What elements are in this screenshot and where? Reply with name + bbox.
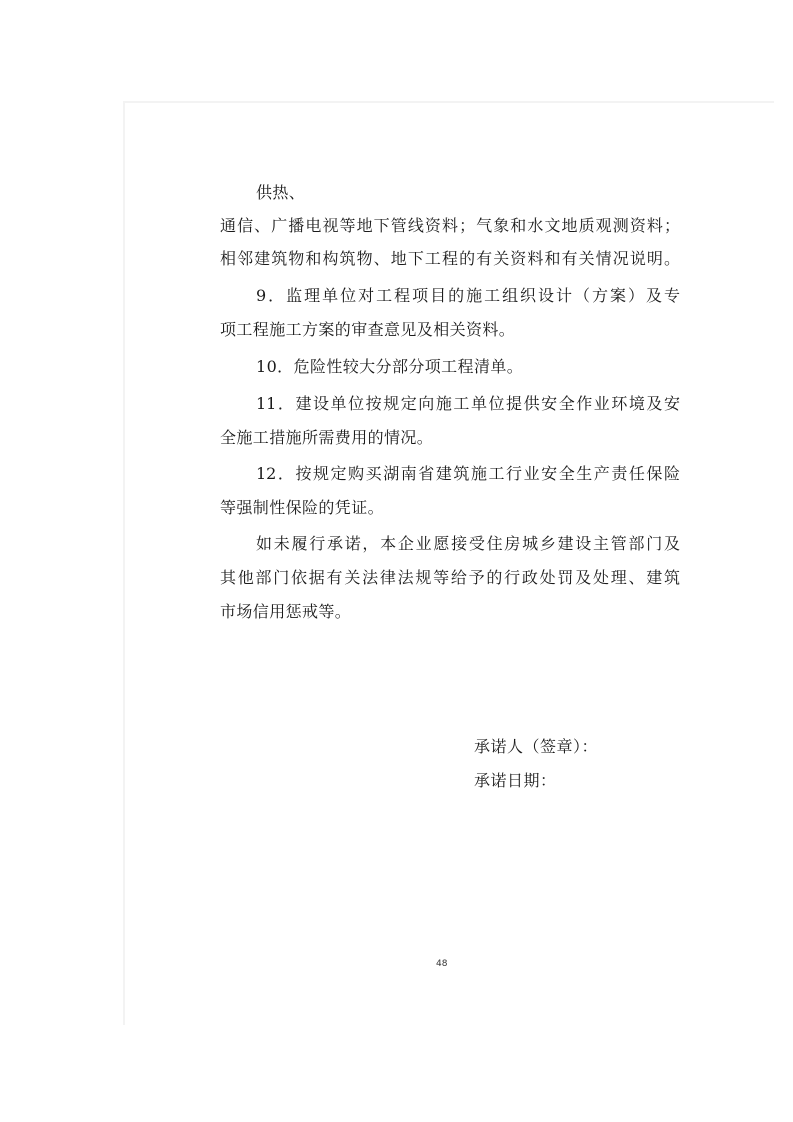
item-9-line-2: 项工程施工方案的审查意见及相关资料。: [220, 320, 515, 340]
paragraph-heating-line-3: 相邻建筑物和构筑物、地下工程的有关资料和有关情况说明。: [220, 249, 680, 269]
item-9-line-1: 9．监理单位对工程项目的施工组织设计（方案）及专: [256, 286, 680, 306]
item-10-line-1: 10．危险性较大分部分项工程清单。: [256, 357, 523, 377]
commitment-date-label: 承诺日期：: [474, 771, 557, 791]
paragraph-heating-line-1: 供热、: [256, 183, 305, 203]
page-border-left: [123, 101, 125, 1025]
commitment-line-2: 其他部门依据有关法律法规等给予的行政处罚及处理、建筑: [220, 568, 680, 588]
paragraph-heating-line-2: 通信、广播电视等地下管线资料；气象和水文地质观测资料；: [220, 216, 680, 236]
commitment-line-1: 如未履行承诺，本企业愿接受住房城乡建设主管部门及: [256, 534, 680, 554]
page-number: 48: [436, 959, 447, 969]
page-border-top: [123, 101, 774, 103]
item-12-line-2: 等强制性保险的凭证。: [220, 498, 384, 518]
item-12-line-1: 12．按规定购买湖南省建筑施工行业安全生产责任保险: [256, 464, 680, 484]
promisor-signature-label: 承诺人（签章）：: [474, 737, 598, 757]
commitment-line-3: 市场信用惩戒等。: [220, 602, 351, 622]
item-11-line-1: 11．建设单位按规定向施工单位提供安全作业环境及安: [256, 394, 680, 414]
item-11-line-2: 全施工措施所需费用的情况。: [220, 428, 433, 448]
